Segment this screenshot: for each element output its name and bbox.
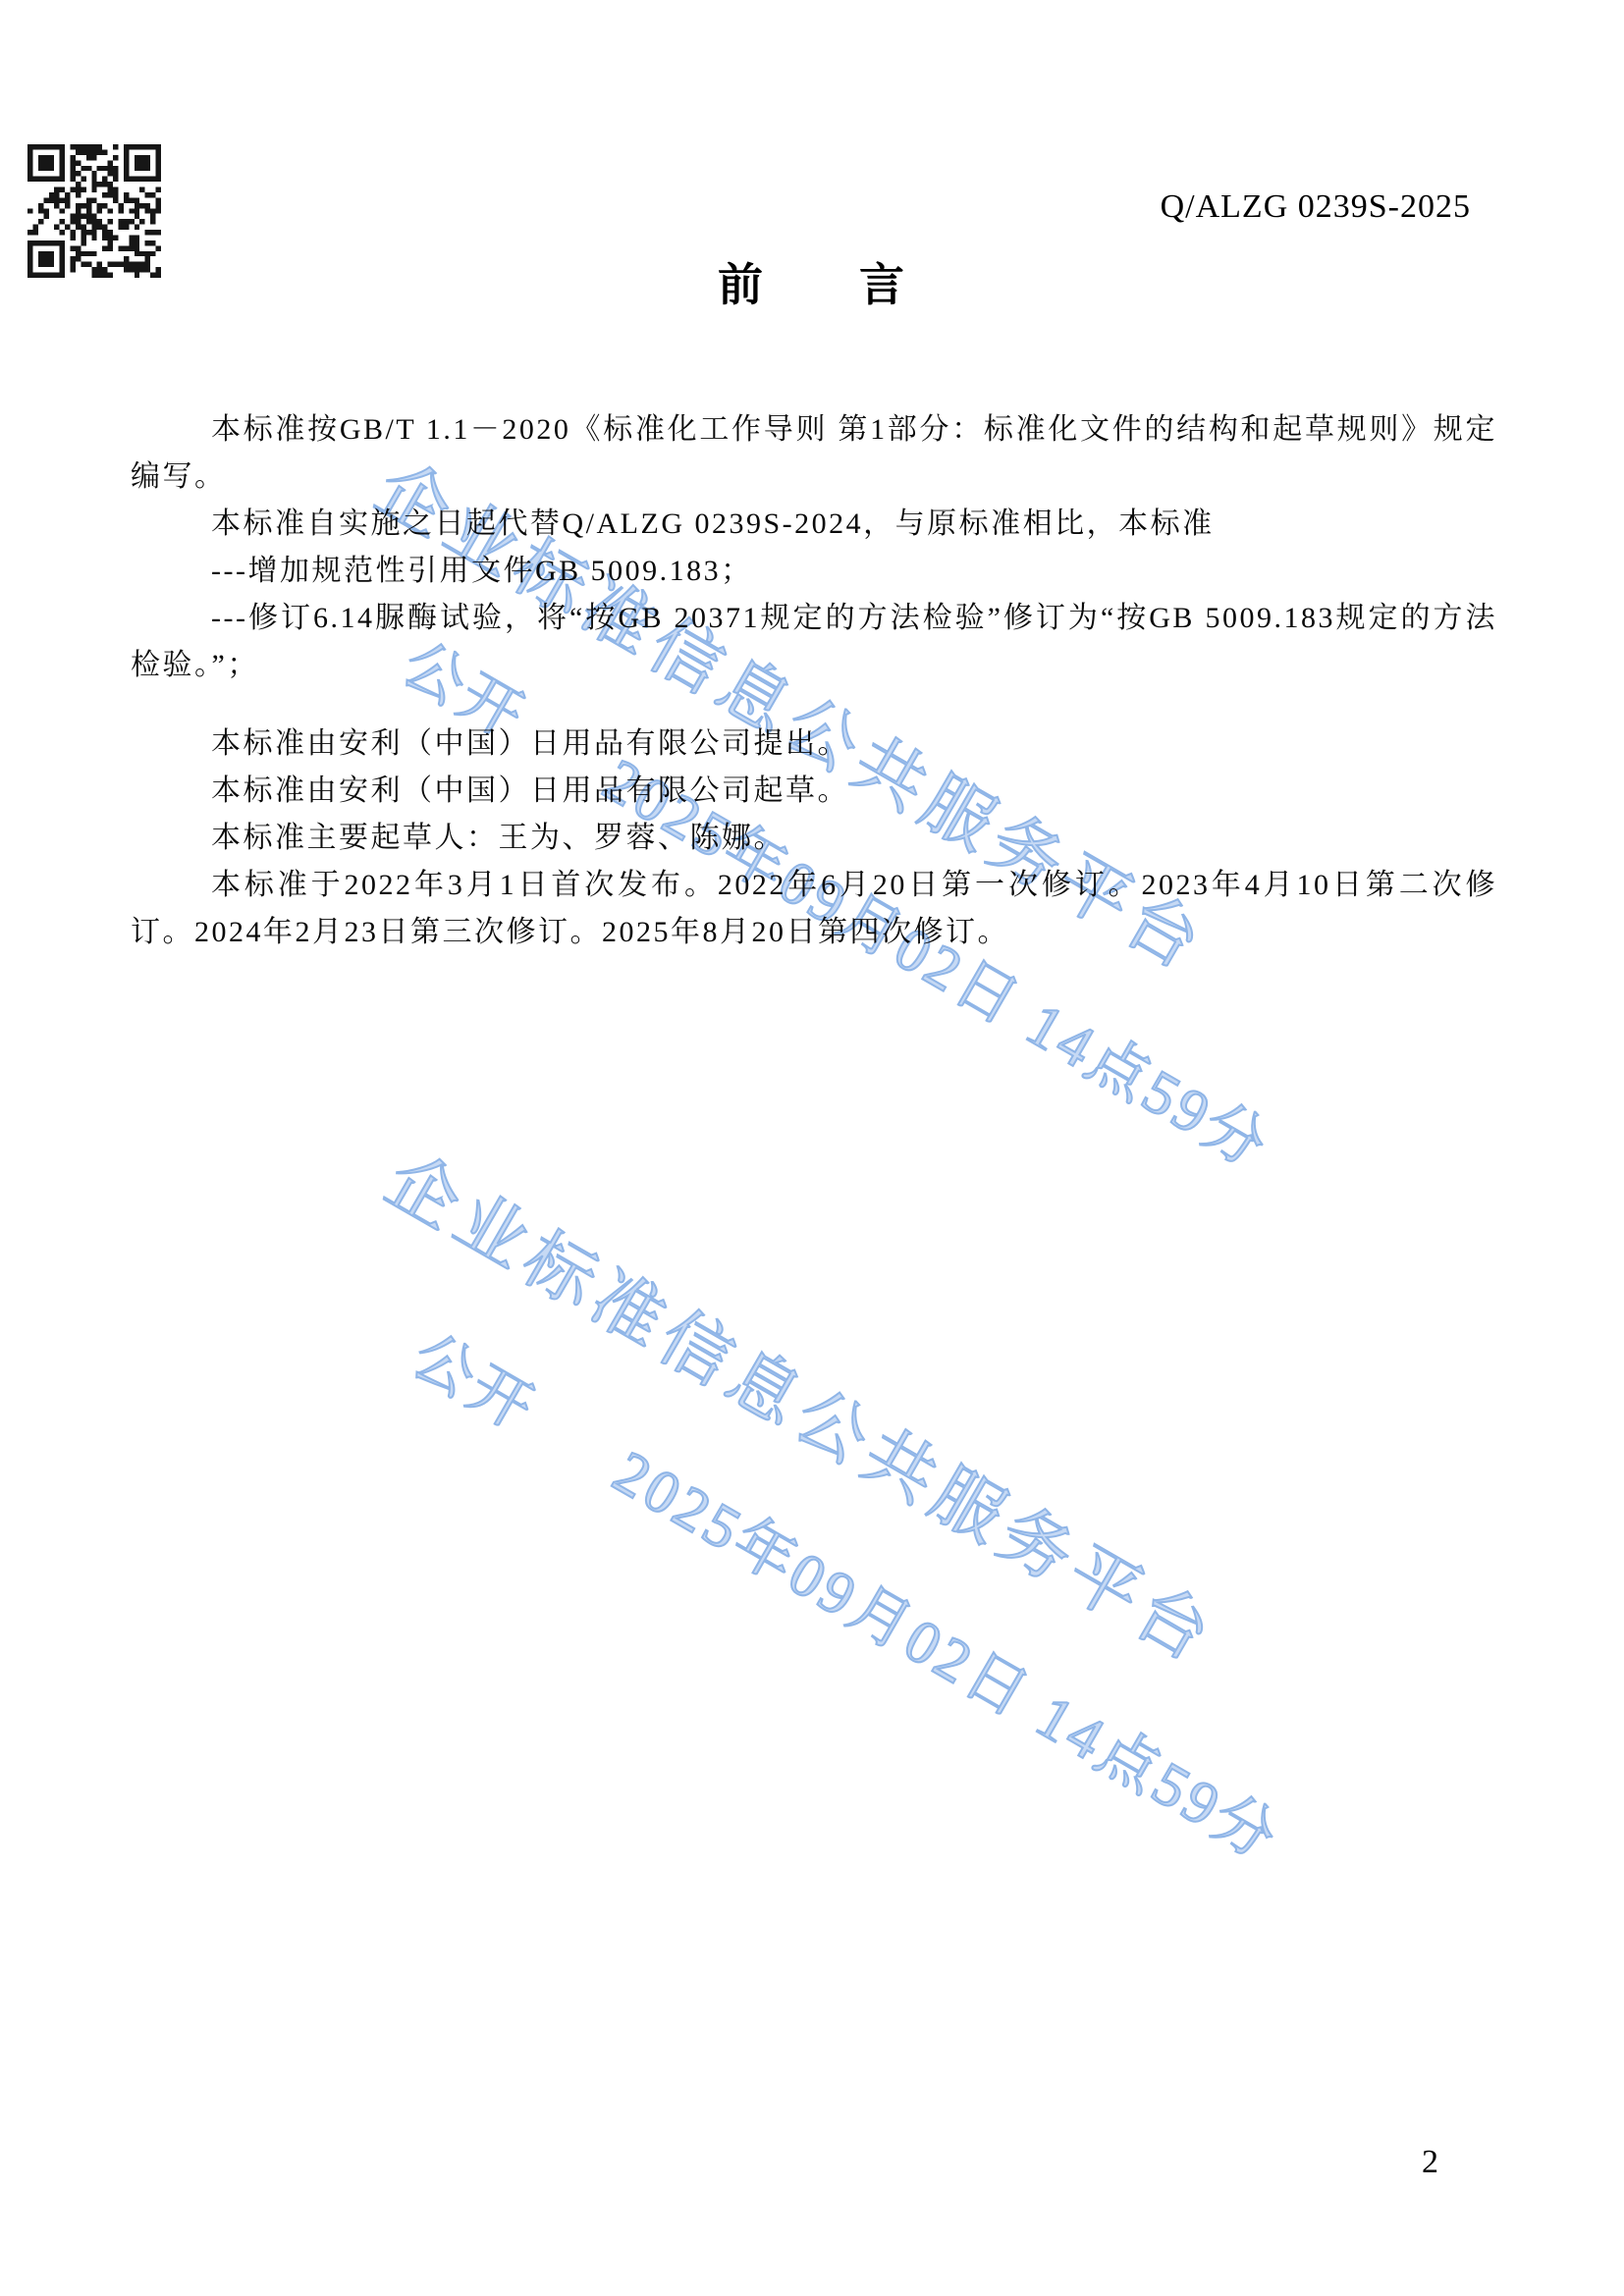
watermark-public-label: 公开 — [401, 1322, 546, 1445]
doc-number: Q/ALZG 0239S-2025 — [1161, 188, 1471, 226]
document-page: { "header": { "doc_number": "Q/ALZG 0239… — [0, 0, 1624, 2296]
paragraph: 本标准自实施之日起代替Q/ALZG 0239S-2024，与原标准相比，本标准 — [131, 501, 1497, 548]
page-number: 2 — [1422, 2144, 1438, 2181]
paragraph: 本标准按GB/T 1.1－2020《标准化工作导则 第1部分：标准化文件的结构和… — [131, 406, 1497, 501]
watermark-timestamp: 2025年09月02日 14点59分 — [602, 1439, 1289, 1875]
watermark-platform-name: 企业标准信息公共服务平台 — [371, 1124, 1373, 1761]
foreword-body: 本标准按GB/T 1.1－2020《标准化工作导则 第1部分：标准化文件的结构和… — [131, 406, 1497, 956]
watermark-second-line: 公开 2025年09月02日 14点59分 — [304, 1254, 1299, 1878]
page-title: 前 言 — [0, 249, 1624, 314]
paragraph: 本标准主要起草人：王为、罗蓉、陈娜。 — [131, 815, 1497, 862]
paragraph: 本标准由安利（中国）日用品有限公司提出。 — [131, 721, 1497, 768]
watermark-stamp-lower: 企业标准信息公共服务平台 公开 2025年09月02日 14点59分 — [304, 1124, 1374, 1878]
paragraph: 本标准于2022年3月1日首次发布。2022年6月20日第一次修订。2023年4… — [131, 862, 1497, 956]
paragraph: ---修订6.14脲酶试验，将“按GB 20371规定的方法检验”修订为“按GB… — [131, 595, 1497, 689]
paragraph: ---增加规范性引用文件GB 5009.183； — [131, 548, 1497, 595]
paragraph: 本标准由安利（中国）日用品有限公司起草。 — [131, 768, 1497, 815]
